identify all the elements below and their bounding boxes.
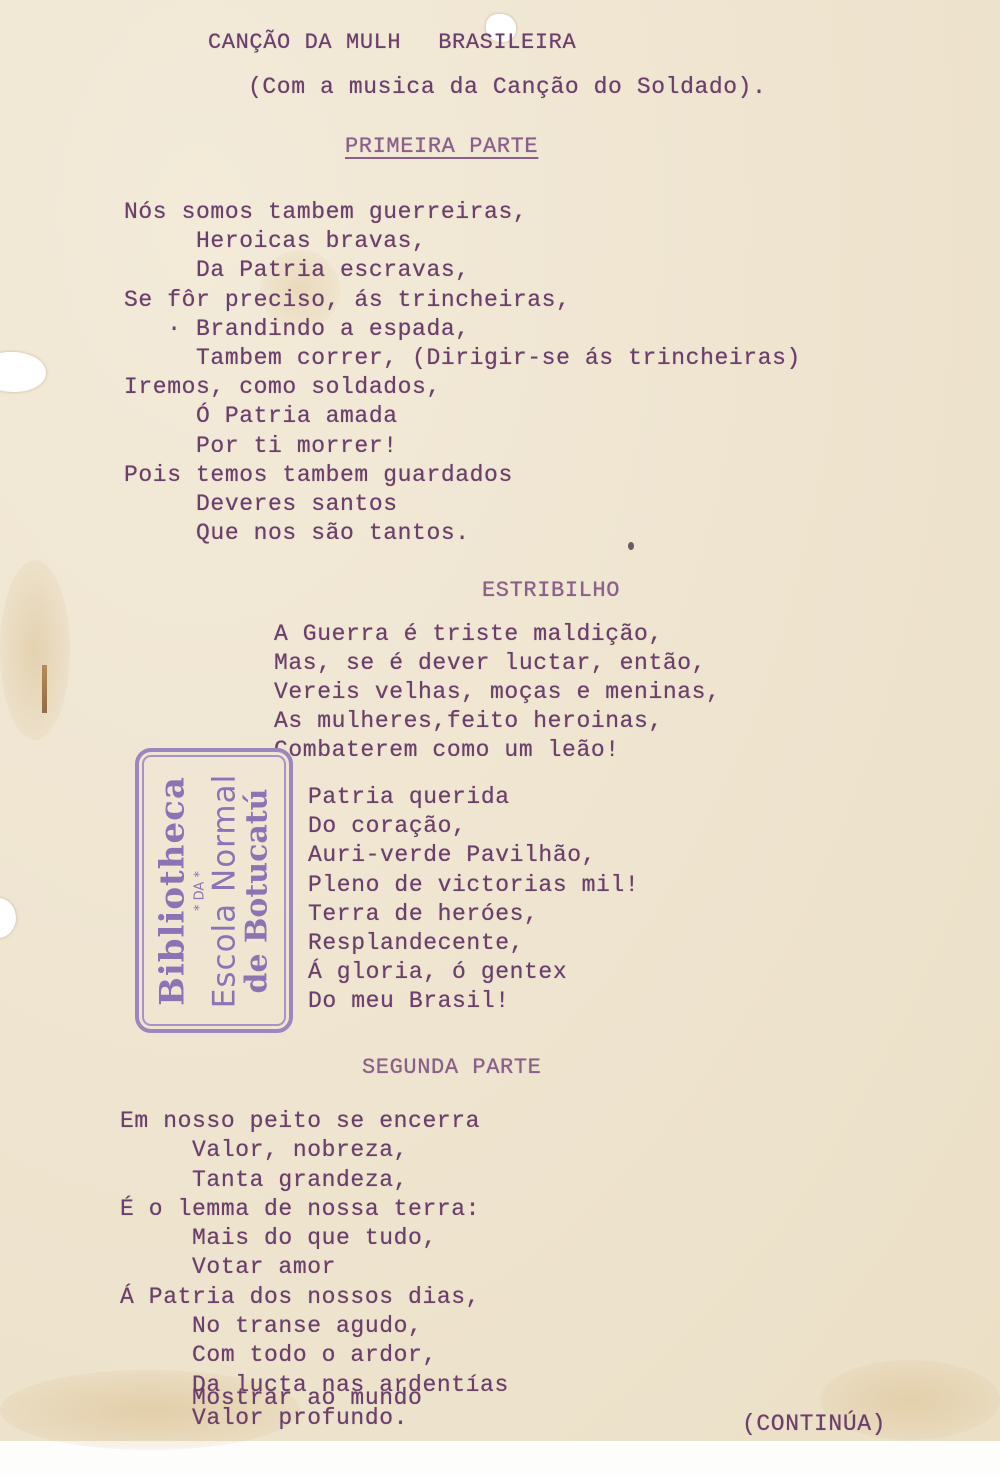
continues-label: (CONTINÚA): [742, 1411, 886, 1437]
verse-line: Nós somos tambem guerreiras,: [124, 198, 801, 227]
verse-line: Tambem correr, (Dirigir-se ás trincheira…: [124, 344, 801, 373]
verse-line: Mais do que tudo,: [120, 1224, 509, 1253]
part2-heading: SEGUNDA PARTE: [362, 1055, 541, 1080]
verse-line: Vereis velhas, moças e meninas,: [274, 678, 720, 707]
verse-line: · Brandindo a espada,: [124, 315, 801, 344]
refrain-heading: ESTRIBILHO: [482, 578, 620, 603]
verse-line: Votar amor: [120, 1253, 509, 1282]
library-stamp: Bibliotheca * DA * Escola Normal de Botu…: [135, 748, 293, 1033]
song-title: CANÇÃO DA MULH BRASILEIRA: [208, 30, 576, 55]
verse-line: Resplandecente,: [308, 929, 639, 958]
verse-line: Valor profundo.: [120, 1408, 422, 1428]
verse-line: Com todo o ardor,: [120, 1341, 509, 1370]
verse-line: É o lemma de nossa terra:: [120, 1195, 509, 1224]
verse-line: A Guerra é triste maldição,: [274, 620, 720, 649]
verse-line: As mulheres,feito heroinas,: [274, 707, 720, 736]
verse-line: Heroicas bravas,: [124, 227, 801, 256]
age-stain: [0, 560, 70, 740]
verse-line: Combaterem como um leão!: [274, 736, 720, 765]
stamp-line-escola: Escola Normal: [209, 761, 242, 1021]
verse-line: Auri-verde Pavilhão,: [308, 841, 639, 870]
stamp-line-bibliotheca: Bibliotheca: [155, 761, 191, 1021]
verse-line: Iremos, como soldados,: [124, 373, 801, 402]
verse-line: Do meu Brasil!: [308, 987, 639, 1016]
verse-line: Tanta grandeza,: [120, 1166, 509, 1195]
verse-line: Patria querida: [308, 783, 639, 812]
verse-line: Á gloria, ó gentex: [308, 958, 639, 987]
stamp-line-city: de Botucatú: [241, 761, 273, 1021]
part2-overtyped-verse: Mostrar ao mundo Valor profundo.: [120, 1388, 422, 1428]
verse-line: Do coração,: [308, 812, 639, 841]
verse-line: Mas, se é dever luctar, então,: [274, 649, 720, 678]
punch-hole: [0, 352, 46, 392]
paper-tear: [42, 665, 47, 713]
verse-line: No transe agudo,: [120, 1312, 509, 1341]
refrain-verse: A Guerra é triste maldição,Mas, se é dev…: [274, 620, 720, 765]
verse-line: Pleno de victorias mil!: [308, 871, 639, 900]
verse-line: Terra de heróes,: [308, 900, 639, 929]
verse-line: Deveres santos: [124, 490, 801, 519]
verse-line: Valor, nobreza,: [120, 1136, 509, 1165]
verse-line: Se fôr preciso, ás trincheiras,: [124, 286, 801, 315]
part1-verse: Nós somos tambem guerreiras, Heroicas br…: [124, 198, 801, 548]
refrain-second-verse: Patria queridaDo coração,Auri-verde Pavi…: [308, 783, 639, 1017]
verse-line: Em nosso peito se encerra: [120, 1107, 509, 1136]
song-subtitle: (Com a musica da Canção do Soldado).: [248, 74, 766, 100]
part1-heading: PRIMEIRA PARTE: [345, 134, 538, 159]
part2-verse: Em nosso peito se encerra Valor, nobreza…: [120, 1107, 509, 1400]
document-page: CANÇÃO DA MULH BRASILEIRA (Com a musica …: [0, 0, 1000, 1441]
verse-line: Á Patria dos nossos dias,: [120, 1283, 509, 1312]
punch-hole: [0, 898, 16, 938]
verse-line: Por ti morrer!: [124, 432, 801, 461]
stamp-line-da: * DA *: [193, 761, 207, 1021]
verse-line: Da Patria escravas,: [124, 256, 801, 285]
verse-line: Que nos são tantos.: [124, 519, 801, 548]
verse-line: Ó Patria amada: [124, 402, 801, 431]
verse-line: Pois temos tambem guardados: [124, 461, 801, 490]
